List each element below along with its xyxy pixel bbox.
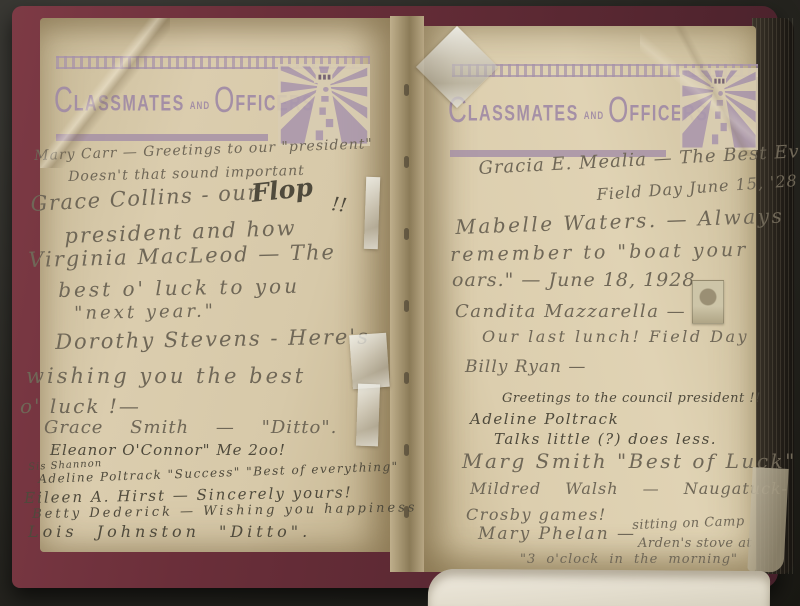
spine-stitch xyxy=(404,156,409,168)
book-spine-gutter xyxy=(390,16,424,572)
title-text: LASSMATES xyxy=(468,102,579,127)
autograph-line: Mary Phelan — xyxy=(478,524,636,544)
autograph-line: o' luck !— xyxy=(20,394,141,418)
autograph-line: Grace Smith — "Ditto". xyxy=(44,417,337,438)
spine-stitch xyxy=(404,372,409,384)
autograph-line: wishing you the best xyxy=(26,364,306,388)
spine-stitch xyxy=(404,300,409,312)
photo-fragment xyxy=(692,280,724,324)
autograph-line: Billy Ryan — xyxy=(465,357,586,377)
spine-stitch xyxy=(404,444,409,456)
autograph-line: Marg Smith "Best of Luck" xyxy=(462,449,797,473)
spine-stitch xyxy=(404,84,409,96)
title-initial: O xyxy=(214,84,234,117)
title-text: LASSMATES xyxy=(74,92,185,117)
autograph-book-photo: C LASSMATES AND O FFICERS xyxy=(0,0,800,606)
tape-strip xyxy=(356,384,380,447)
classmates-officers-title: C LASSMATES AND O FFICERS xyxy=(54,84,315,117)
autograph-line: Candita Mazzarella — xyxy=(455,301,686,322)
autograph-line: "3 o'clock in the morning" xyxy=(520,552,738,567)
tape-strip xyxy=(364,177,381,249)
autograph-line: Our last lunch! Field Day xyxy=(482,327,749,346)
title-conjunction: AND xyxy=(190,100,210,113)
lighthouse-icon xyxy=(278,64,370,146)
lighthouse-icon xyxy=(680,68,758,150)
autograph-line: Arden's stove at xyxy=(638,536,752,551)
autograph-line: Greetings to the council president !! xyxy=(502,391,761,406)
title-initial: C xyxy=(54,84,73,117)
classmates-officers-title: C LASSMATES AND O FFICERS xyxy=(448,94,709,127)
title-initial: O xyxy=(608,94,628,127)
autograph-line: oars." — June 18, 1928 xyxy=(452,269,695,291)
autograph-line: "next year." xyxy=(74,301,216,324)
autograph-line: Crosby games! xyxy=(466,505,607,524)
autograph-line: Lois Johnston "Ditto". xyxy=(28,522,311,541)
spine-stitch xyxy=(404,228,409,240)
torn-page-edge xyxy=(747,467,788,573)
autograph-line: Talks little (?) does less. xyxy=(494,430,717,448)
loose-sheet xyxy=(428,569,770,606)
autograph-line: Mildred Walsh — Naugatuck- xyxy=(470,479,788,498)
autograph-line: Eleanor O'Connor" Me 2oo! xyxy=(50,441,286,459)
title-conjunction: AND xyxy=(584,110,604,123)
exclamation-marks: !! xyxy=(330,193,348,217)
tape-strip xyxy=(349,333,390,389)
autograph-line: best o' luck to you xyxy=(58,274,300,302)
autograph-line: Adeline Poltrack xyxy=(470,410,619,428)
